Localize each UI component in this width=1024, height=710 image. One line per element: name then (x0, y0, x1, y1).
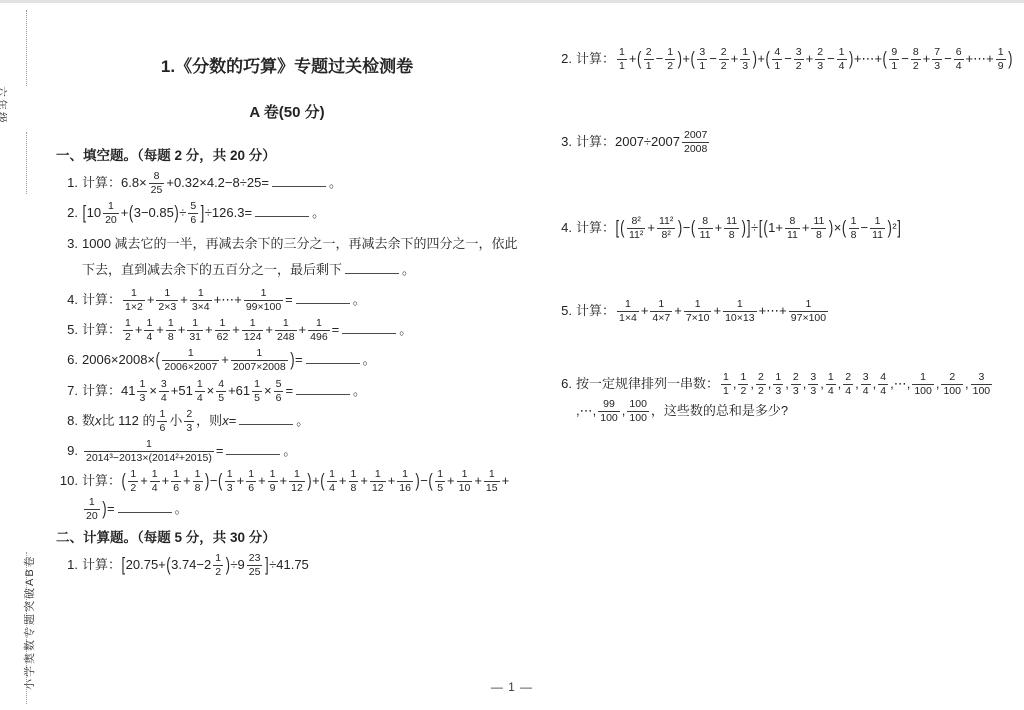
fraction: 91 (889, 46, 899, 73)
fraction: 111 (870, 215, 885, 242)
fraction: 13 (773, 371, 783, 398)
page-number: — 1 — (0, 680, 1024, 694)
fraction: 120 (84, 496, 100, 523)
fraction: 23 (815, 46, 825, 73)
problem-number: 4. (554, 215, 576, 242)
fraction: 22 (719, 46, 729, 73)
fraction: 44 (878, 371, 888, 398)
problem-number: 1. (56, 170, 82, 197)
answer-blank (226, 442, 280, 455)
fraction: 18 (166, 317, 176, 344)
fraction: 2325 (247, 552, 263, 579)
fraction: 17×10 (684, 298, 712, 325)
problem-item: 8.数x比 112 的16小23，则x=。 (56, 408, 518, 435)
answer-blank (272, 174, 326, 187)
fraction: 112 (370, 468, 386, 495)
fraction: 118 (724, 215, 739, 242)
fraction: 811 (698, 215, 713, 242)
problem-text: 计算：11×4+14×7+17×10+110×13+⋯+197×100 (576, 298, 1014, 325)
problem-item: 5.计算：11×4+14×7+17×10+110×13+⋯+197×100 (554, 298, 1014, 325)
problem-number: 2. (56, 200, 82, 227)
fraction: 115 (484, 468, 500, 495)
problem-item: 3.1000 减去它的一半，再减去余下的三分之一，再减去余下的四分之一，依此下去… (56, 231, 518, 284)
fraction: 41 (772, 46, 782, 73)
fraction: 23 (791, 371, 801, 398)
fraction: 11×4 (617, 298, 639, 325)
fraction: 16 (171, 468, 181, 495)
fraction: 15 (435, 468, 445, 495)
fraction: 120 (103, 200, 119, 227)
fraction: 18 (193, 468, 203, 495)
fraction: 82 (911, 46, 921, 73)
problem-text: 计算：11×2+12×3+13×4+⋯+199×100=。 (82, 287, 518, 314)
problem-item: 4.计算：11×2+12×3+13×4+⋯+199×100=。 (56, 287, 518, 314)
fraction: 14 (826, 371, 836, 398)
fraction: 199×100 (244, 287, 283, 314)
section-2-problems-continued: 2.计算：11+(21−12)+(31−22+13)+(41−32+23−14)… (554, 46, 1014, 426)
answer-blank (255, 204, 309, 217)
fraction: 31 (697, 46, 707, 73)
fraction: 56 (274, 378, 284, 405)
answer-blank (118, 499, 172, 512)
sidebar-dotted-line-middle (26, 132, 27, 194)
fraction: 11 (617, 46, 627, 73)
fraction: 12 (128, 468, 138, 495)
fraction: 131 (187, 317, 203, 344)
fraction: 197×100 (789, 298, 828, 325)
fraction: 64 (954, 46, 964, 73)
fraction: 12 (665, 46, 675, 73)
section-2-problems: 1.计算：[20.75+(3.74−212)÷92325]÷41.75 (56, 552, 518, 579)
fraction: 13 (740, 46, 750, 73)
fraction: 811 (785, 215, 800, 242)
problem-text: 计算：12+14+18+131+162+1124+1248+1496=。 (82, 317, 518, 344)
right-column: 2.计算：11+(21−12)+(31−22+13)+(41−32+23−14)… (554, 0, 1014, 710)
fraction: 11²8² (657, 215, 675, 242)
fraction: 24 (843, 371, 853, 398)
problem-text: 2006×2008×(12006×2007+12007×2008)=。 (82, 347, 518, 374)
problem-item: 6.按一定规律排列一串数：11,12,22,13,23,33,14,24,34,… (554, 371, 1014, 426)
problem-text: 计算：[(8²11²+11²8²)−(811+118)]÷[(1+811+118… (576, 215, 1014, 242)
fraction: 22 (756, 371, 766, 398)
fraction: 1124 (242, 317, 264, 344)
problem-item: 10.计算：(12+14+16+18)−(13+16+19+112)+(14+1… (56, 468, 518, 523)
fraction: 15 (252, 378, 262, 405)
sidebar-grade-label: 六年级 (0, 86, 10, 125)
problem-text: 计算：[20.75+(3.74−212)÷92325]÷41.75 (82, 552, 518, 579)
fraction: 2100 (941, 371, 963, 398)
fraction: 1100 (912, 371, 934, 398)
fraction: 116 (397, 468, 413, 495)
fraction: 8²11² (627, 215, 645, 242)
fraction: 45 (216, 378, 226, 405)
answer-blank (296, 381, 350, 394)
fraction: 118 (811, 215, 826, 242)
fraction: 73 (932, 46, 942, 73)
fraction: 33 (808, 371, 818, 398)
left-column: 1.《分数的巧算》专题过关检测卷 A 卷(50 分) 一、填空题。（每题 2 分… (56, 0, 518, 710)
fraction: 110 (457, 468, 473, 495)
fraction: 112 (289, 468, 305, 495)
section-2-heading: 二、计算题。（每题 5 分，共 30 分） (56, 526, 518, 546)
fraction: 14 (195, 378, 205, 405)
sidebar-dotted-line-top (26, 10, 27, 86)
problem-number: 8. (56, 408, 82, 435)
fraction: 12 (738, 371, 748, 398)
problem-number: 10. (56, 468, 82, 495)
fraction: 100100 (627, 398, 649, 425)
fraction: 12 (123, 317, 133, 344)
problem-item: 1.计算：6.8×825+0.32×4.2−8÷25=。 (56, 170, 518, 197)
fraction: 16 (157, 408, 167, 435)
fraction: 34 (861, 371, 871, 398)
fraction: 14 (837, 46, 847, 73)
problem-number: 1. (56, 552, 82, 579)
problem-text: 数x比 112 的16小23，则x=。 (82, 408, 518, 435)
fraction: 14 (144, 317, 154, 344)
fraction: 16 (246, 468, 256, 495)
problem-item: 3.计算：2007÷200720072008 (554, 129, 1014, 156)
answer-blank (342, 321, 396, 334)
fraction: 13 (225, 468, 235, 495)
problem-number: 6. (56, 347, 82, 374)
fraction: 12007×2008 (231, 347, 288, 374)
fraction: 14 (327, 468, 337, 495)
page-title: 1.《分数的巧算》专题过关检测卷 (56, 52, 518, 77)
fraction: 12006×2007 (162, 347, 219, 374)
section-1-problems: 1.计算：6.8×825+0.32×4.2−8÷25=。2.[10120+(3−… (56, 170, 518, 523)
fraction: 825 (149, 170, 165, 197)
problem-number: 9. (56, 438, 82, 465)
page-columns: 1.《分数的巧算》专题过关检测卷 A 卷(50 分) 一、填空题。（每题 2 分… (56, 0, 1014, 710)
fraction: 99100 (598, 398, 620, 425)
problem-text: 12014³−2013×(2014²+2015)=。 (82, 438, 518, 465)
fraction: 18 (349, 468, 359, 495)
fraction: 56 (188, 200, 198, 227)
problem-text: 计算：4113×34+5114×45+6115×56=。 (82, 378, 518, 405)
sidebar-series-label: 小学奥数专题突破AB卷 (21, 554, 37, 690)
problem-number: 4. (56, 287, 82, 314)
fraction: 162 (215, 317, 231, 344)
problem-text: 计算：2007÷200720072008 (576, 129, 1014, 156)
answer-blank (239, 412, 293, 425)
problem-number: 3. (554, 129, 576, 156)
problem-item: 6.2006×2008×(12006×2007+12007×2008)=。 (56, 347, 518, 374)
fraction: 18 (849, 215, 859, 242)
fraction: 3100 (971, 371, 993, 398)
problem-text: 计算：(12+14+16+18)−(13+16+19+112)+(14+18+1… (82, 468, 518, 523)
answer-blank (306, 351, 360, 364)
fraction: 13×4 (190, 287, 212, 314)
problem-text: 计算：6.8×825+0.32×4.2−8÷25=。 (82, 170, 518, 197)
answer-blank (345, 261, 399, 274)
fraction: 14×7 (650, 298, 672, 325)
fraction: 14 (150, 468, 160, 495)
fraction: 20072008 (682, 129, 709, 156)
fraction: 32 (794, 46, 804, 73)
problem-number: 5. (554, 298, 576, 325)
problem-number: 5. (56, 317, 82, 344)
fraction: 19 (996, 46, 1006, 73)
problem-text: 按一定规律排列一串数：11,12,22,13,23,33,14,24,34,44… (576, 371, 1014, 426)
problem-text: 1000 减去它的一半，再减去余下的三分之一，再减去余下的四分之一，依此下去，直… (82, 231, 518, 284)
answer-blank (296, 291, 350, 304)
problem-item: 1.计算：[20.75+(3.74−212)÷92325]÷41.75 (56, 552, 518, 579)
fraction: 12 (213, 552, 223, 579)
fraction: 13 (137, 378, 147, 405)
fraction: 110×13 (723, 298, 757, 325)
fraction: 11×2 (123, 287, 145, 314)
fraction: 23 (184, 408, 194, 435)
problem-number: 3. (56, 231, 82, 258)
problem-item: 2.[10120+(3−0.85)÷56]÷126.3=。 (56, 200, 518, 227)
fraction: 34 (159, 378, 169, 405)
problem-number: 2. (554, 46, 576, 73)
problem-text: [10120+(3−0.85)÷56]÷126.3=。 (82, 200, 518, 227)
problem-item: 4.计算：[(8²11²+11²8²)−(811+118)]÷[(1+811+1… (554, 215, 1014, 242)
page-subtitle: A 卷(50 分) (56, 101, 518, 122)
problem-item: 5.计算：12+14+18+131+162+1124+1248+1496=。 (56, 317, 518, 344)
fraction: 12014³−2013×(2014²+2015) (84, 438, 214, 465)
problem-item: 7.计算：4113×34+5114×45+6115×56=。 (56, 378, 518, 405)
fraction: 12×3 (156, 287, 178, 314)
fraction: 19 (268, 468, 278, 495)
problem-number: 6. (554, 371, 576, 398)
fraction: 1496 (308, 317, 330, 344)
section-1-heading: 一、填空题。（每题 2 分，共 20 分） (56, 144, 518, 164)
problem-number: 7. (56, 378, 82, 405)
worksheet-page: 六年级 小学奥数专题突破AB卷 1.《分数的巧算》专题过关检测卷 A 卷(50 … (0, 0, 1024, 710)
problem-text: 计算：11+(21−12)+(31−22+13)+(41−32+23−14)+⋯… (576, 46, 1014, 73)
problem-item: 2.计算：11+(21−12)+(31−22+13)+(41−32+23−14)… (554, 46, 1014, 73)
fraction: 11 (721, 371, 731, 398)
fraction: 21 (644, 46, 654, 73)
